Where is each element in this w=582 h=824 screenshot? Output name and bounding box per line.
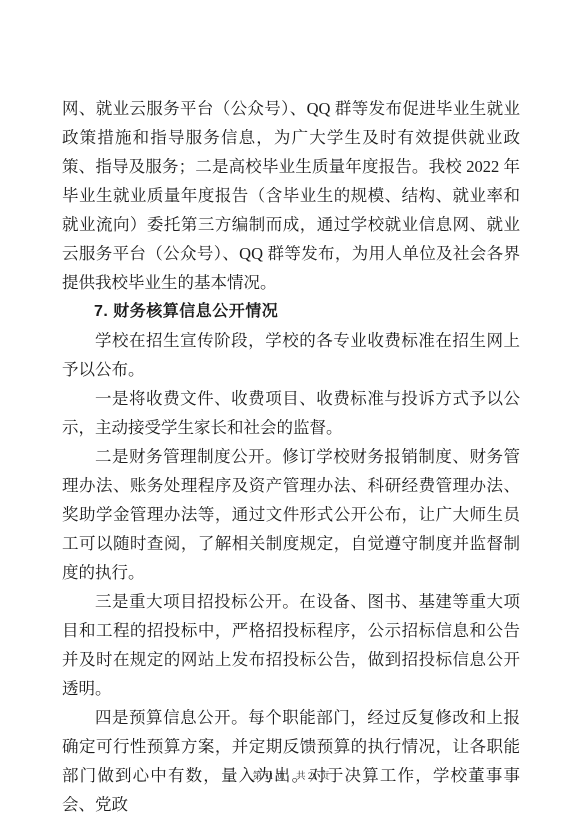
document-page: 网、就业云服务平台（公众号）、QQ 群等发布促进毕业生就业政策措施和指导服务信息… (0, 0, 582, 824)
page-footer: 第 11 页 共 21 页 (0, 768, 582, 782)
footer-total-pages: 共 21 页 (296, 768, 329, 782)
section-heading-financial-disclosure: 7. 财务核算信息公开情况 (62, 297, 520, 326)
footer-page-number: 第 11 页 (253, 768, 286, 782)
paragraph: 学校在招生宣传阶段，学校的各专业收费标准在招生网上予以公布。 (62, 326, 520, 384)
paragraph: 四是预算信息公开。每个职能部门，经过反复修改和上报确定可行性预算方案，并定期反馈… (62, 703, 520, 819)
paragraph: 一是将收费文件、收费项目、收费标准与投诉方式予以公示，主动接受学生家长和社会的监… (62, 384, 520, 442)
paragraph: 三是重大项目招投标公开。在设备、图书、基建等重大项目和工程的招投标中，严格招投标… (62, 587, 520, 703)
paragraph-continuation: 网、就业云服务平台（公众号）、QQ 群等发布促进毕业生就业政策措施和指导服务信息… (62, 94, 520, 297)
paragraph: 二是财务管理制度公开。修订学校财务报销制度、财务管理办法、账务处理程序及资产管理… (62, 442, 520, 587)
document-content: 网、就业云服务平台（公众号）、QQ 群等发布促进毕业生就业政策措施和指导服务信息… (62, 94, 520, 819)
